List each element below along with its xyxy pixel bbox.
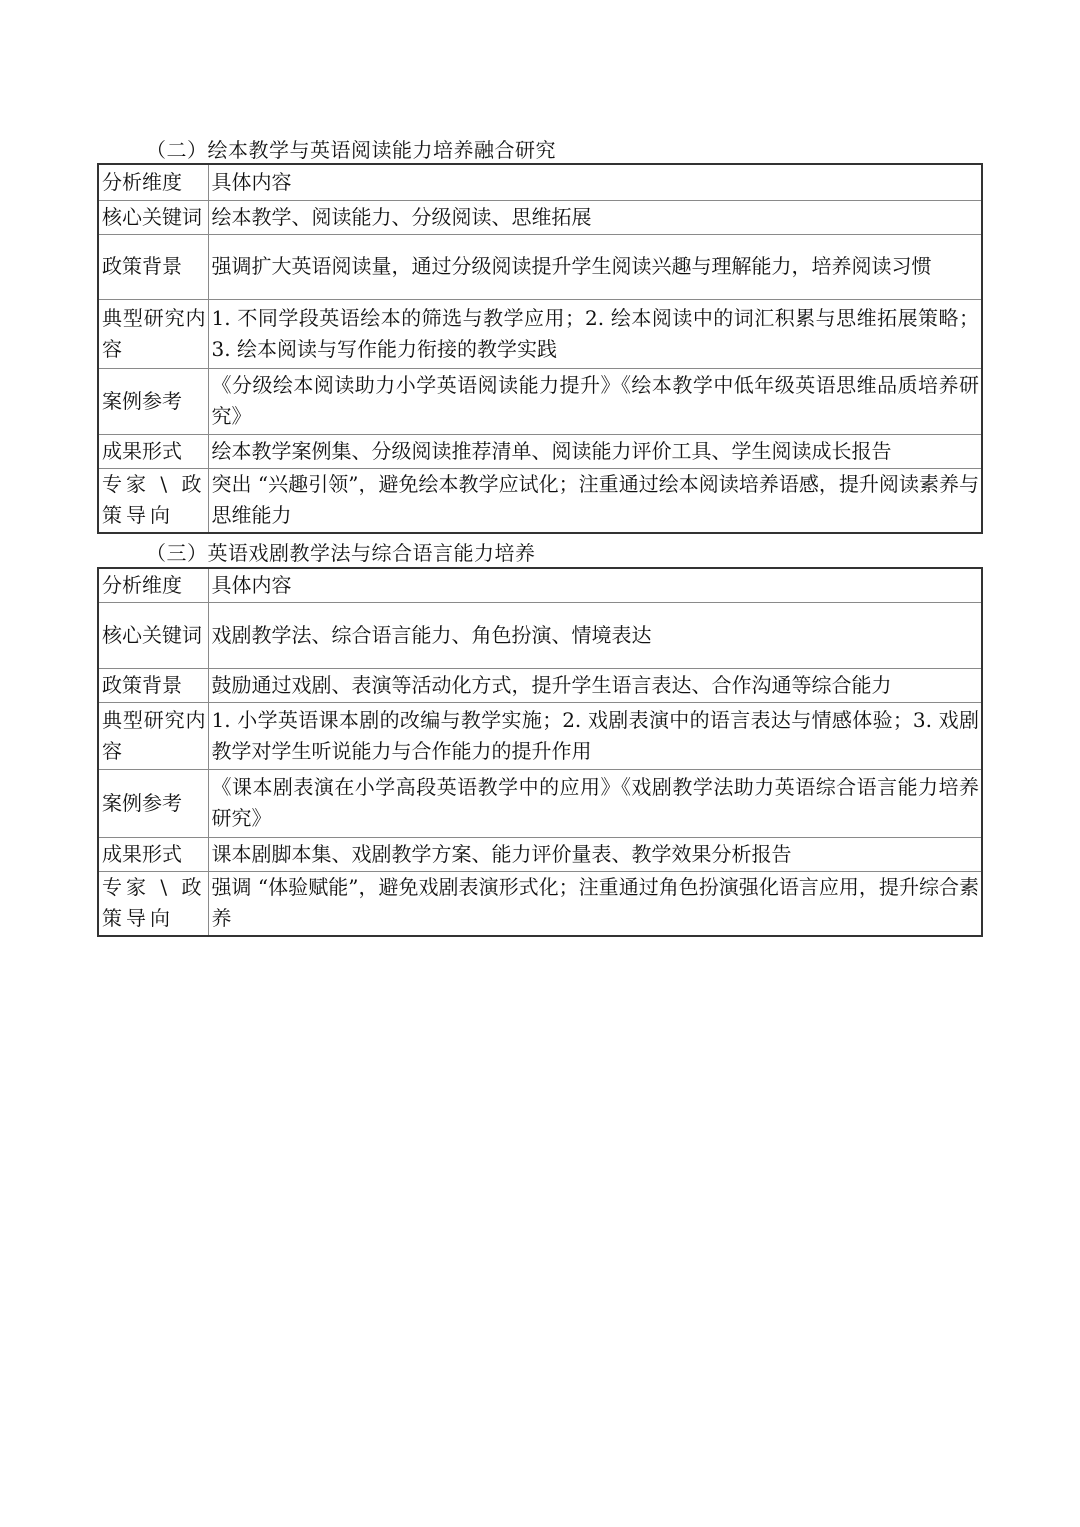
table-row-expert-policy-guidance: 专家 \ 政策导向 强调 “体验赋能”，避免戏剧表演形式化；注重通过角色扮演强化… <box>98 871 982 936</box>
table-header-row: 分析维度 具体内容 <box>98 568 982 602</box>
section-title-drama-teaching: （三）英语戏剧教学法与综合语言能力培养 <box>146 540 536 566</box>
row-dimension: 核心关键词 <box>98 200 208 234</box>
table-row-research-content: 典型研究内容 1. 小学英语课本剧的改编与教学实施；2. 戏剧表演中的语言表达与… <box>98 702 982 769</box>
row-dimension: 典型研究内容 <box>98 299 208 368</box>
row-content: 1. 不同学段英语绘本的筛选与教学应用；2. 绘本阅读中的词汇积累与思维拓展策略… <box>208 299 982 368</box>
row-content: 突出 “兴趣引领”，避免绘本教学应试化；注重通过绘本阅读培养语感，提升阅读素养与… <box>208 468 982 533</box>
row-content: 戏剧教学法、综合语言能力、角色扮演、情境表达 <box>208 602 982 668</box>
header-content: 具体内容 <box>208 568 982 602</box>
row-dimension: 专家 \ 政策导向 <box>98 468 208 533</box>
table-row-expert-policy-guidance: 专家 \ 政策导向 突出 “兴趣引领”，避免绘本教学应试化；注重通过绘本阅读培养… <box>98 468 982 533</box>
row-content: 《分级绘本阅读助力小学英语阅读能力提升》《绘本教学中低年级英语思维品质培养研究》 <box>208 368 982 434</box>
table-header-row: 分析维度 具体内容 <box>98 164 982 200</box>
row-content: 鼓励通过戏剧、表演等活动化方式，提升学生语言表达、合作沟通等综合能力 <box>208 668 982 702</box>
row-dimension: 典型研究内容 <box>98 702 208 769</box>
table-row-keywords: 核心关键词 绘本教学、阅读能力、分级阅读、思维拓展 <box>98 200 982 234</box>
section-title-picture-book: （二）绘本教学与英语阅读能力培养融合研究 <box>146 137 556 163</box>
header-dimension: 分析维度 <box>98 164 208 200</box>
header-dimension: 分析维度 <box>98 568 208 602</box>
table-row-keywords: 核心关键词 戏剧教学法、综合语言能力、角色扮演、情境表达 <box>98 602 982 668</box>
row-dimension: 案例参考 <box>98 769 208 837</box>
row-content: 《课本剧表演在小学高段英语教学中的应用》《戏剧教学法助力英语综合语言能力培养研究… <box>208 769 982 837</box>
row-dimension: 核心关键词 <box>98 602 208 668</box>
table-row-policy-background: 政策背景 强调扩大英语阅读量，通过分级阅读提升学生阅读兴趣与理解能力，培养阅读习… <box>98 234 982 299</box>
row-content: 强调 “体验赋能”，避免戏剧表演形式化；注重通过角色扮演强化语言应用，提升综合素… <box>208 871 982 936</box>
row-content: 1. 小学英语课本剧的改编与教学实施；2. 戏剧表演中的语言表达与情感体验；3.… <box>208 702 982 769</box>
table-row-policy-background: 政策背景 鼓励通过戏剧、表演等活动化方式，提升学生语言表达、合作沟通等综合能力 <box>98 668 982 702</box>
row-dimension: 政策背景 <box>98 234 208 299</box>
table-row-case-reference: 案例参考 《分级绘本阅读助力小学英语阅读能力提升》《绘本教学中低年级英语思维品质… <box>98 368 982 434</box>
table-row-outcome-form: 成果形式 绘本教学案例集、分级阅读推荐清单、阅读能力评价工具、学生阅读成长报告 <box>98 434 982 468</box>
row-content: 强调扩大英语阅读量，通过分级阅读提升学生阅读兴趣与理解能力，培养阅读习惯 <box>208 234 982 299</box>
analysis-table-drama-teaching: 分析维度 具体内容 核心关键词 戏剧教学法、综合语言能力、角色扮演、情境表达 政… <box>97 567 983 937</box>
row-dimension: 政策背景 <box>98 668 208 702</box>
header-content: 具体内容 <box>208 164 982 200</box>
row-dimension: 成果形式 <box>98 837 208 871</box>
row-content: 课本剧脚本集、戏剧教学方案、能力评价量表、教学效果分析报告 <box>208 837 982 871</box>
row-dimension: 成果形式 <box>98 434 208 468</box>
analysis-table-picture-book: 分析维度 具体内容 核心关键词 绘本教学、阅读能力、分级阅读、思维拓展 政策背景… <box>97 163 983 534</box>
table-row-case-reference: 案例参考 《课本剧表演在小学高段英语教学中的应用》《戏剧教学法助力英语综合语言能… <box>98 769 982 837</box>
table-row-research-content: 典型研究内容 1. 不同学段英语绘本的筛选与教学应用；2. 绘本阅读中的词汇积累… <box>98 299 982 368</box>
row-dimension: 专家 \ 政策导向 <box>98 871 208 936</box>
row-content: 绘本教学案例集、分级阅读推荐清单、阅读能力评价工具、学生阅读成长报告 <box>208 434 982 468</box>
row-content: 绘本教学、阅读能力、分级阅读、思维拓展 <box>208 200 982 234</box>
table-row-outcome-form: 成果形式 课本剧脚本集、戏剧教学方案、能力评价量表、教学效果分析报告 <box>98 837 982 871</box>
row-dimension: 案例参考 <box>98 368 208 434</box>
